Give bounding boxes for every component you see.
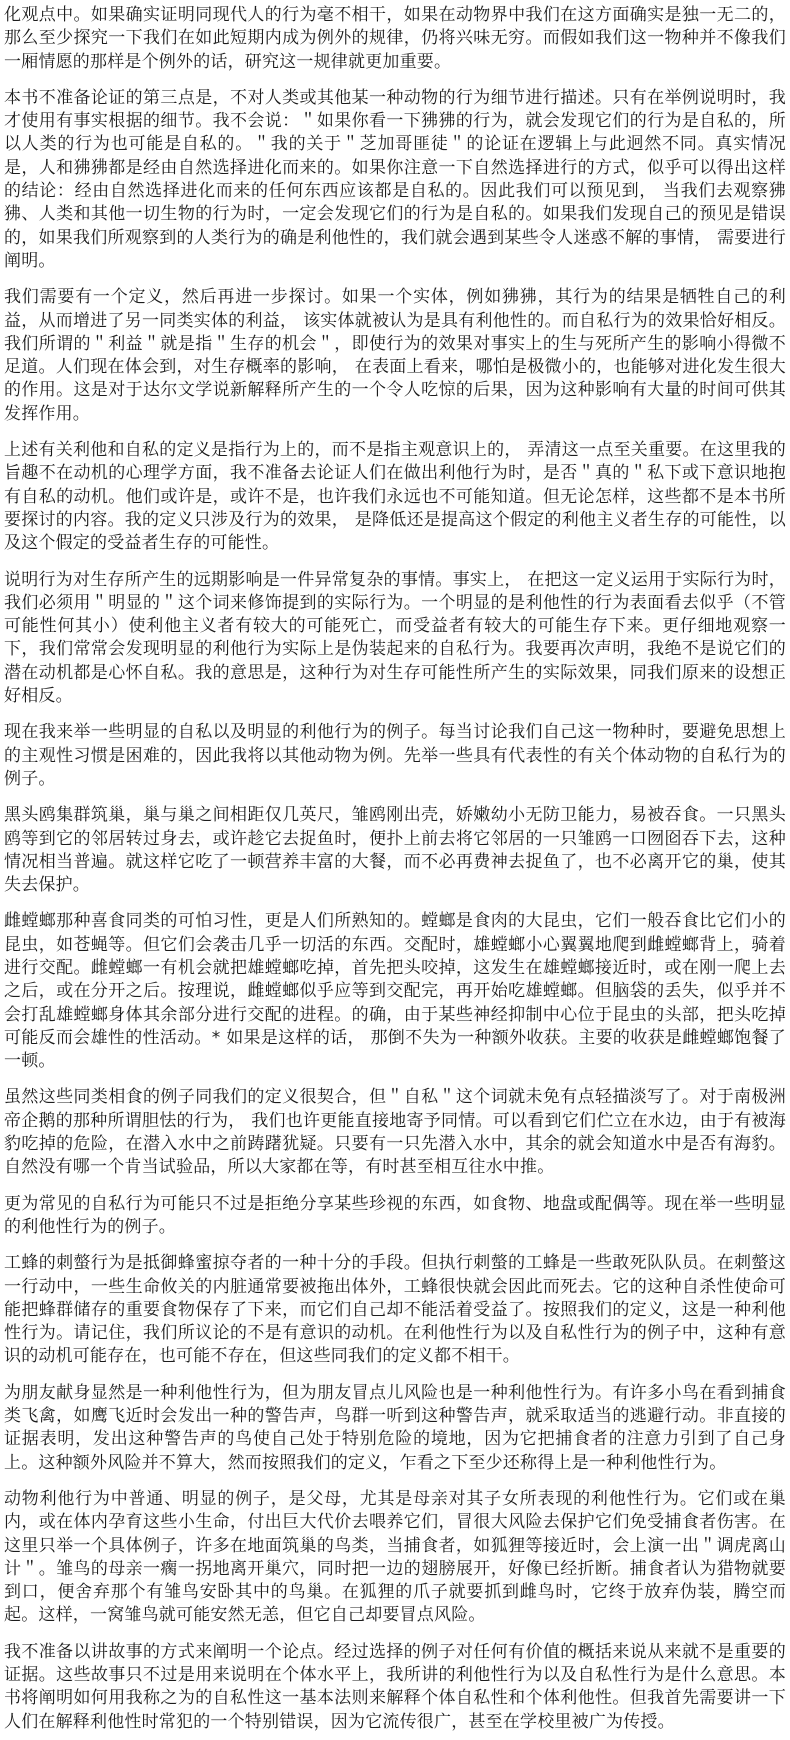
paragraph: 黑头鸥集群筑巢，巢与巢之间相距仅几英尺，雏鸥刚出壳，娇嫩幼小无防卫能力，易被吞食…: [4, 804, 786, 897]
paragraph-continuation: 化观点中。如果确实证明同现代人的行为毫不相干，如果在动物界中我们在这方面确实是独…: [4, 4, 786, 74]
paragraph: 为朋友献身显然是一种利他性行为，但为朋友冒点儿风险也是一种利他性行为。有许多小鸟…: [4, 1382, 786, 1475]
paragraph: 动物利他行为中普通、明显的例子，是父母，尤其是母亲对其子女所表现的利他性行为。它…: [4, 1488, 786, 1628]
paragraph: 我们需要有一个定义，然后再进一步探讨。如果一个实体，例如狒狒，其行为的结果是牺牲…: [4, 286, 786, 426]
paragraph: 上述有关利他和自私的定义是指行为上的，而不是指主观意识上的， 弄清这一点至关重要…: [4, 439, 786, 555]
paragraph: 虽然这些同类相食的例子同我们的定义很契合，但＂自私＂这个词就未免有点轻描淡写了。…: [4, 1086, 786, 1179]
paragraph: 我不准备以讲故事的方式来阐明一个论点。经过选择的例子对任何有价值的概括来说从来就…: [4, 1641, 786, 1734]
paragraph: 工蜂的刺螫行为是抵御蜂蜜掠夺者的一种十分的手段。但执行刺螫的工蜂是一些敢死队队员…: [4, 1252, 786, 1368]
paragraph: 雌螳螂那种喜食同类的可怕习性，更是人们所熟知的。螳螂是食肉的大昆虫，它们一般吞食…: [4, 910, 786, 1073]
paragraph: 说明行为对生存所产生的远期影响是一件异常复杂的事情。事实上， 在把这一定义运用于…: [4, 569, 786, 709]
paragraph: 更为常见的自私行为可能只不过是拒绝分享某些珍视的东西，如食物、地盘或配偶等。现在…: [4, 1193, 786, 1240]
paragraph: 本书不准备论证的第三点是，不对人类或其他某一种动物的行为细节进行描述。只有在举例…: [4, 87, 786, 273]
paragraph: 现在我来举一些明显的自私以及明显的利他行为的例子。每当讨论我们自己这一物种时，要…: [4, 721, 786, 791]
book-page: 化观点中。如果确实证明同现代人的行为毫不相干，如果在动物界中我们在这方面确实是独…: [0, 0, 790, 1740]
